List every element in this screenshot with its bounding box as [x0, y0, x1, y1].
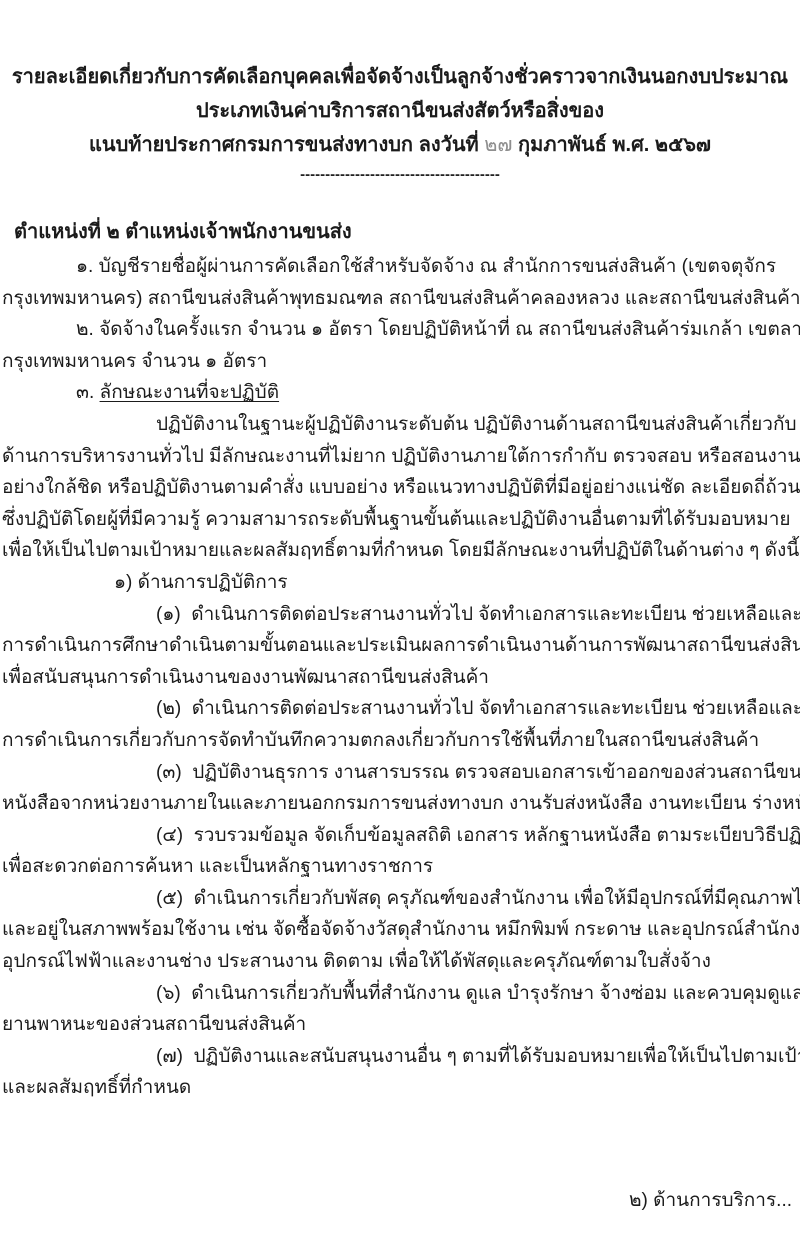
body-line: ๒. จัดจ้างในครั้งแรก จำนวน ๑ อัตรา โดยปฏ…	[2, 314, 798, 346]
body-line: ปฏิบัติงานในฐานะผู้ปฏิบัติงานระดับต้น ปฏ…	[2, 409, 798, 441]
document-header: รายละเอียดเกี่ยวกับการคัดเลือกบุคคลเพื่อ…	[0, 60, 800, 183]
body-line: ๓. ลักษณะงานที่จะปฏิบัติ	[2, 377, 798, 409]
header-date-suffix: กุมภาพันธ์ พ.ศ. ๒๕๖๗	[512, 134, 711, 156]
document-page: รายละเอียดเกี่ยวกับการคัดเลือกบุคคลเพื่อ…	[0, 0, 800, 1243]
body-line: เพื่อสะดวกต่อการค้นหา และเป็นหลักฐานทางร…	[2, 851, 798, 883]
body-line: (๒) ดำเนินการติดต่อประสานงานทั่วไป จัดทำ…	[2, 693, 798, 725]
body-line: และผลสัมฤทธิ์ที่กำหนด	[2, 1072, 798, 1104]
header-title-line-1: รายละเอียดเกี่ยวกับการคัดเลือกบุคคลเพื่อ…	[0, 60, 800, 94]
body-line: กรุงเทพมหานคร จำนวน ๑ อัตรา	[2, 346, 798, 378]
header-divider-dashes: ----------------------------------------	[0, 167, 800, 183]
body-line: ๑) ด้านการปฏิบัติการ	[2, 567, 798, 599]
body-line: การดำเนินการเกี่ยวกับการจัดทำบันทึกความต…	[2, 725, 798, 757]
body-line: (๖) ดำเนินการเกี่ยวกับพื้นที่สำนักงาน ดู…	[2, 978, 798, 1010]
header-date-prefix: แนบท้ายประกาศกรมการขนส่งทางบก ลงวันที่	[89, 134, 484, 156]
body-line-number: ๓.	[76, 382, 100, 403]
body-line: (๗) ปฏิบัติงานและสนับสนุนงานอื่น ๆ ตามที…	[2, 1041, 798, 1073]
document-body: ๑. บัญชีรายชื่อผู้ผ่านการคัดเลือกใช้สำหร…	[2, 251, 798, 1104]
header-title-line-3: แนบท้ายประกาศกรมการขนส่งทางบก ลงวันที่ ๒…	[0, 128, 800, 162]
header-date-day: ๒๗	[484, 134, 512, 156]
body-line: (๔) รวบรวมข้อมูล จัดเก็บข้อมูลสถิติ เอกส…	[2, 820, 798, 852]
body-line: การดำเนินการศึกษาดำเนินตามขั้นตอนและประเ…	[2, 630, 798, 662]
body-line: กรุงเทพมหานคร) สถานีขนส่งสินค้าพุทธมณฑล …	[2, 283, 798, 315]
body-line: ยานพาหนะของส่วนสถานีขนส่งสินค้า	[2, 1009, 798, 1041]
header-title-line-2: ประเภทเงินค่าบริการสถานีขนส่งสัตว์หรือสิ…	[0, 94, 800, 128]
body-line: เพื่อให้เป็นไปตามเป้าหมายและผลสัมฤทธิ์ตา…	[2, 535, 798, 567]
body-line: หนังสือจากหน่วยงานภายในและภายนอกกรมการขน…	[2, 788, 798, 820]
body-line: และอยู่ในสภาพพร้อมใช้งาน เช่น จัดซื้อจัด…	[2, 914, 798, 946]
body-line: ๑. บัญชีรายชื่อผู้ผ่านการคัดเลือกใช้สำหร…	[2, 251, 798, 283]
position-title: ตำแหน่งที่ ๒ ตำแหน่งเจ้าพนักงานขนส่ง	[14, 215, 352, 247]
body-line: อุปกรณ์ไฟฟ้าและงานช่าง ประสานงาน ติดตาม …	[2, 946, 798, 978]
body-line-underlined-text: ลักษณะงานที่จะปฏิบัติ	[100, 382, 280, 403]
body-line: ด้านการบริหารงานทั่วไป มีลักษณะงานที่ไม่…	[2, 441, 798, 473]
continuation-note: ๒) ด้านการบริการ...	[629, 1185, 792, 1215]
body-line: (๓) ปฏิบัติงานธุรการ งานสารบรรณ ตรวจสอบเ…	[2, 757, 798, 789]
body-line: เพื่อสนับสนุนการดำเนินงานของงานพัฒนาสถาน…	[2, 662, 798, 694]
body-line: อย่างใกล้ชิด หรือปฏิบัติงานตามคำสั่ง แบบ…	[2, 472, 798, 504]
body-line: ซึ่งปฏิบัติโดยผู้ที่มีความรู้ ความสามารถ…	[2, 504, 798, 536]
body-line: (๕) ดำเนินการเกี่ยวกับพัสดุ ครุภัณฑ์ของส…	[2, 883, 798, 915]
body-line: (๑) ดำเนินการติดต่อประสานงานทั่วไป จัดทำ…	[2, 599, 798, 631]
